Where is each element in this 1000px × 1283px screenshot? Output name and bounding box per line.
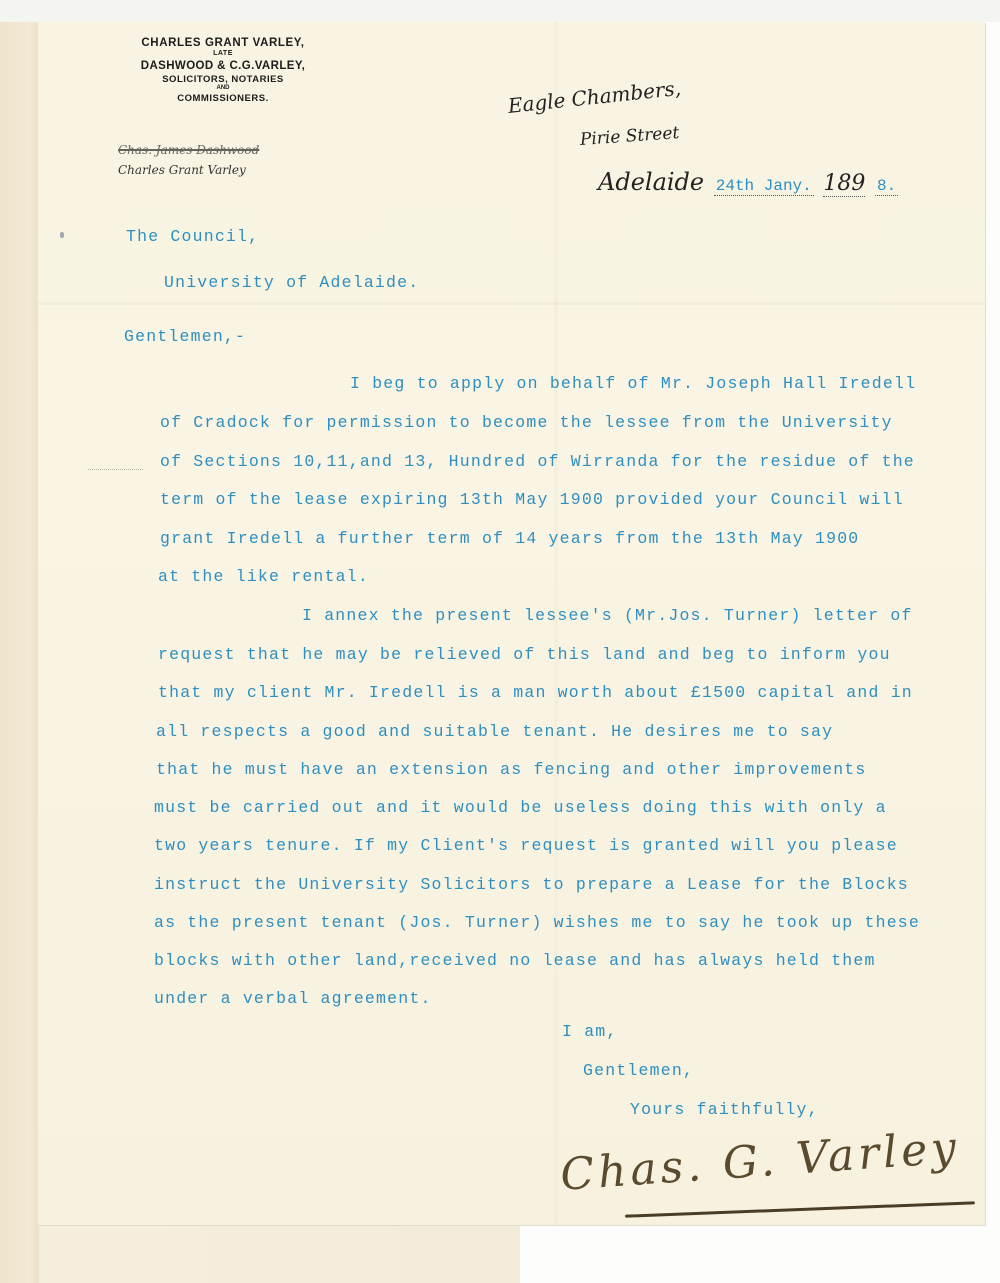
city: Adelaide xyxy=(598,168,704,196)
letterhead-role-2: COMMISSIONERS. xyxy=(118,93,328,105)
body-line: of Sections 10,11,and 13, Hundred of Wir… xyxy=(160,452,915,471)
salutation: Gentlemen,- xyxy=(124,327,246,346)
body-line: that he must have an extension as fencin… xyxy=(156,760,867,779)
body-line: at the like rental. xyxy=(158,567,369,586)
letterhead-firm: DASHWOOD & C.G.VARLEY, xyxy=(118,59,328,73)
faint-ruler-mark xyxy=(88,469,143,470)
letterhead-role-1: SOLICITORS, NOTARIES xyxy=(118,74,328,86)
fold-crease-horizontal xyxy=(38,302,985,305)
body-line: of Cradock for permission to become the … xyxy=(160,413,893,432)
date-line: Adelaide 24th Jany. 189 8. xyxy=(598,168,898,196)
year-printed: 189 xyxy=(823,171,865,197)
body-line: as the present tenant (Jos. Turner) wish… xyxy=(154,913,920,932)
closing-line-2: Gentlemen, xyxy=(583,1061,694,1080)
ink-speck xyxy=(60,232,64,238)
body-line: instruct the University Solicitors to pr… xyxy=(154,875,909,894)
body-line: that my client Mr. Iredell is a man wort… xyxy=(158,683,913,702)
letter-sheet: CHARLES GRANT VARLEY, LATE DASHWOOD & C.… xyxy=(38,22,985,1225)
body-line: I annex the present lessee's (Mr.Jos. Tu… xyxy=(302,606,913,625)
body-line: under a verbal agreement. xyxy=(154,989,432,1008)
body-line: must be carried out and it would be usel… xyxy=(154,798,887,817)
body-line: blocks with other land,received no lease… xyxy=(154,951,876,970)
closing-line-3: Yours faithfully, xyxy=(630,1100,819,1119)
closing-line-1: I am, xyxy=(562,1022,618,1041)
partner-name: Charles Grant Varley xyxy=(118,160,318,180)
letterhead-partners: Chas. James Dashwood Charles Grant Varle… xyxy=(118,140,318,180)
letterhead-name: CHARLES GRANT VARLEY, xyxy=(118,36,328,50)
body-line: term of the lease expiring 13th May 1900… xyxy=(160,490,904,509)
letterhead: CHARLES GRANT VARLEY, LATE DASHWOOD & C.… xyxy=(118,36,328,105)
struck-partner-name: Chas. James Dashwood xyxy=(118,140,318,160)
address-line-1: Eagle Chambers, xyxy=(507,76,682,118)
recipient-line-1: The Council, xyxy=(126,227,259,246)
body-line: two years tenure. If my Client's request… xyxy=(154,836,898,855)
letterhead-late: LATE xyxy=(118,50,328,59)
body-line: all respects a good and suitable tenant.… xyxy=(156,722,833,741)
body-line: request that he may be relieved of this … xyxy=(158,645,891,664)
body-line: grant Iredell a further term of 14 years… xyxy=(160,529,859,548)
body-line: I beg to apply on behalf of Mr. Joseph H… xyxy=(350,374,916,393)
recipient-line-2: University of Adelaide. xyxy=(164,273,419,292)
year-typed: 8. xyxy=(875,177,898,196)
date-typed: 24th Jany. xyxy=(714,177,814,196)
letterhead-and: AND xyxy=(118,85,328,93)
scan-background-top xyxy=(0,0,1000,22)
address-line-2: Pirie Street xyxy=(579,123,680,150)
